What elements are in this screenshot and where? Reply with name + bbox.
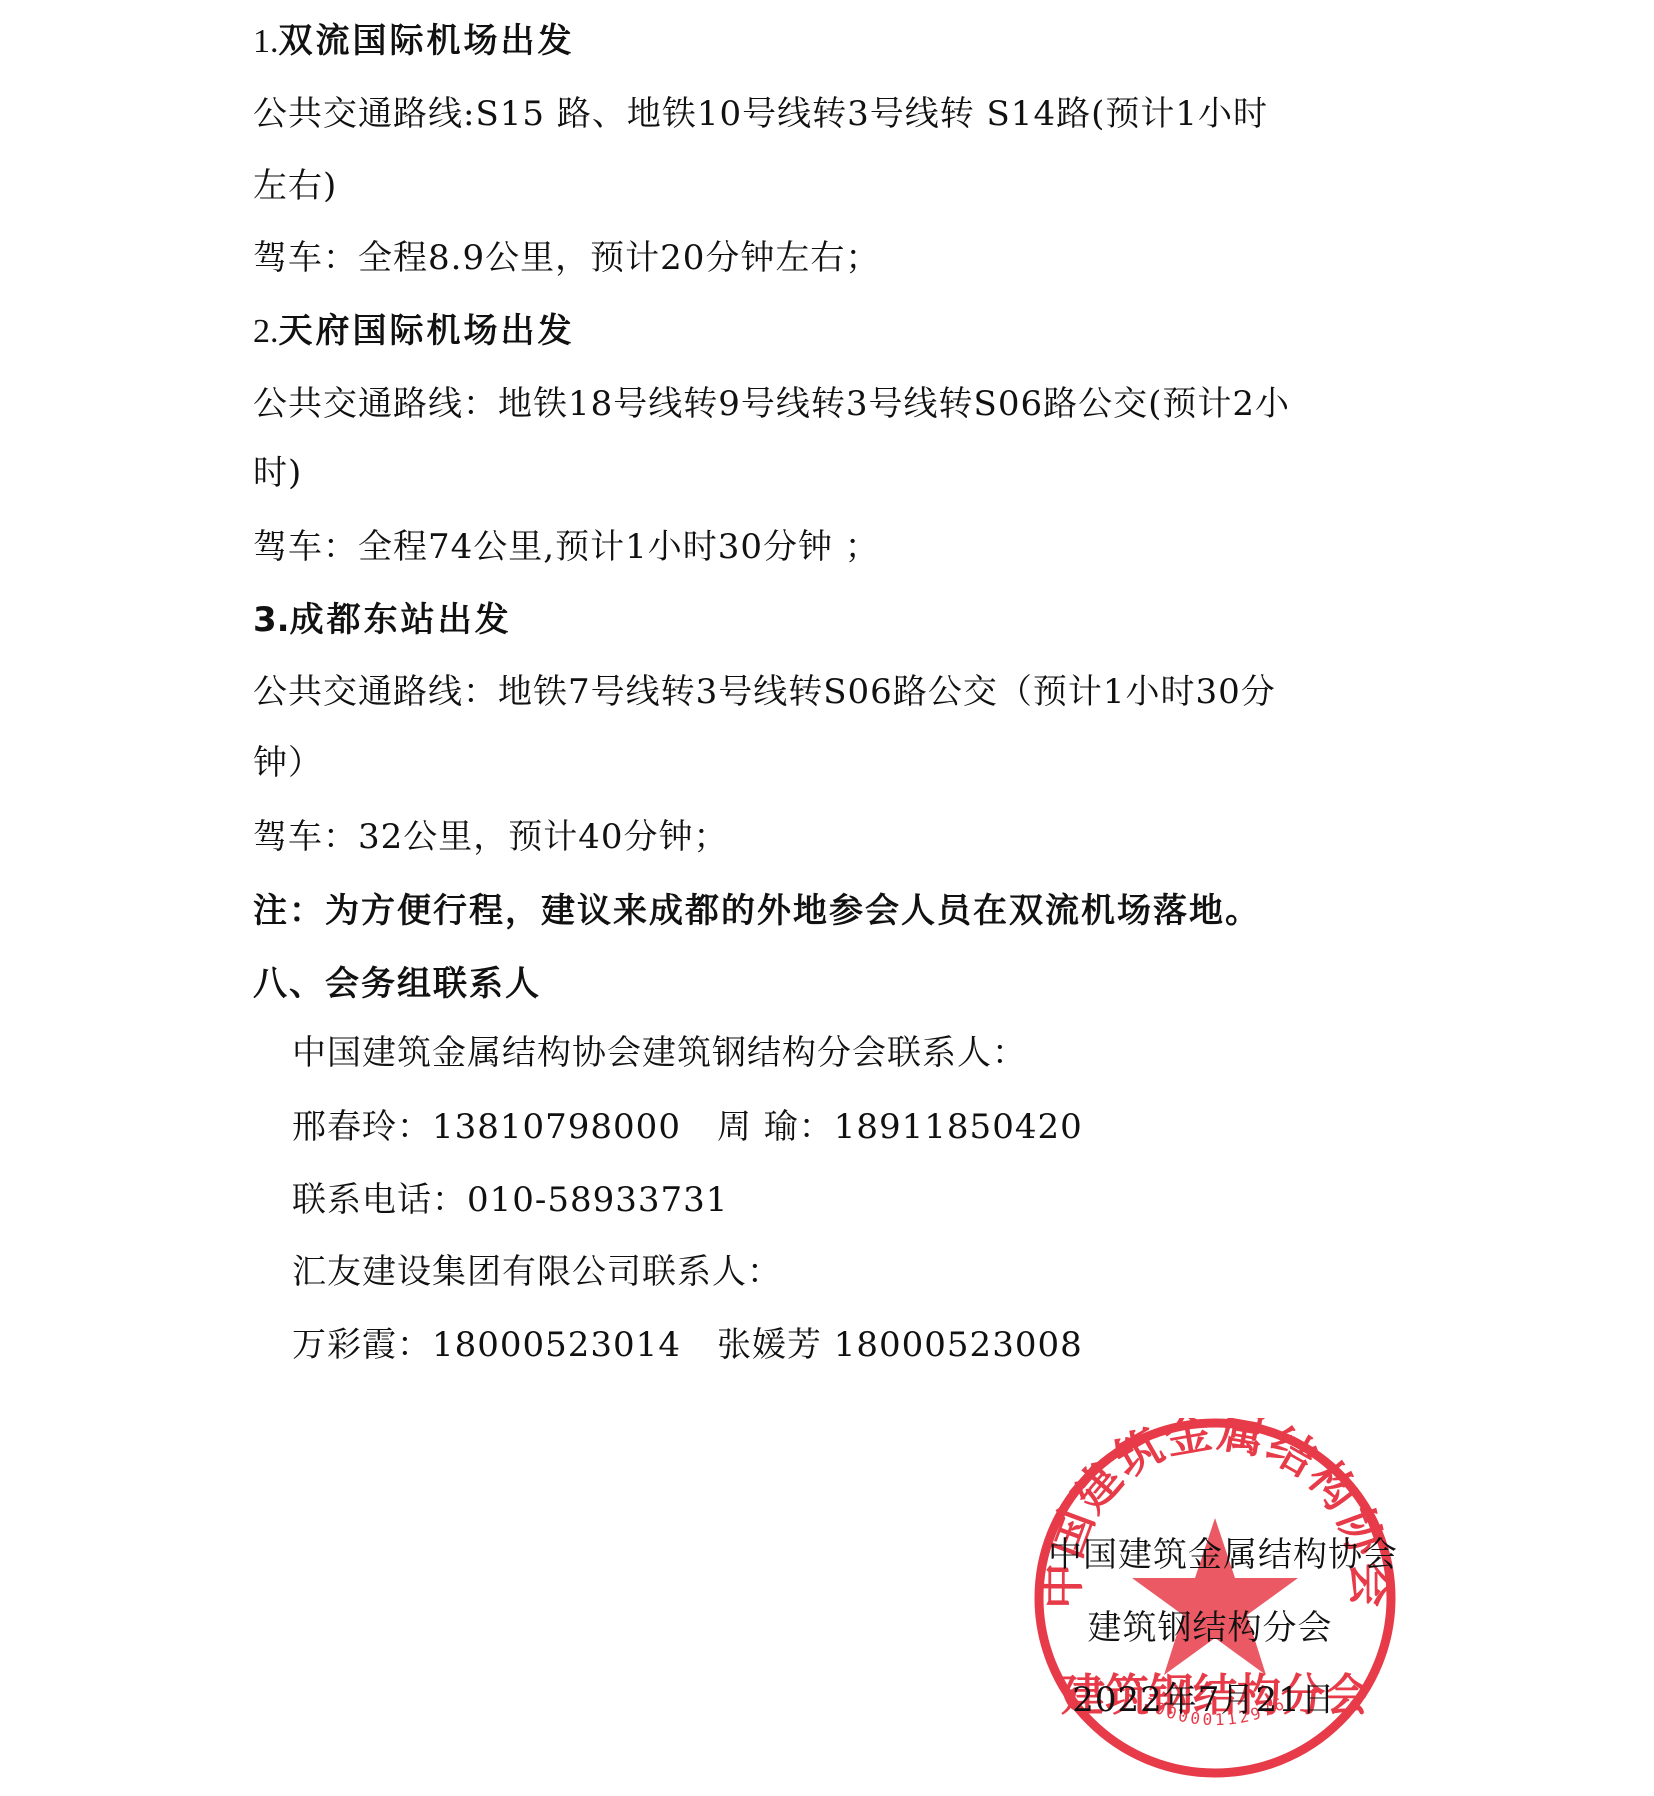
section-3-transit-line: 公共交通路线：地铁7号线转3号线转S06路公交（预计1小时30分 — [253, 667, 1276, 717]
signature-date: 2022年7月21日 — [1070, 1675, 1338, 1725]
contact-phone: 18000523014 — [432, 1325, 681, 1365]
org2-contacts-row: 万彩霞：18000523014张媛芳 18000523008 — [292, 1320, 1083, 1370]
section-title: 双流国际机场出发 — [279, 21, 575, 61]
org1-contacts-row: 邢春玲：13810798000周 瑜：18911850420 — [292, 1102, 1083, 1152]
section-2-transit-line: 公共交通路线：地铁18号线转9号线转3号线转S06路公交(预计2小 — [253, 379, 1290, 429]
org1-contacts-label: 中国建筑金属结构协会建筑钢结构分会联系人： — [292, 1028, 1027, 1078]
contacts-heading: 八、会务组联系人 — [253, 959, 541, 1009]
section-2-transit-line-cont: 时) — [253, 448, 302, 498]
contact-name: 万彩霞： — [292, 1325, 432, 1365]
section-1-transit-line-cont: 左右) — [253, 161, 337, 211]
section-3-heading: 3.成都东站出发 — [253, 595, 512, 645]
signature-org-line-1: 中国建筑金属结构协会 — [1000, 1530, 1398, 1580]
contact-name: 周 瑜： — [717, 1107, 834, 1147]
section-1-drive: 驾车：全程8.9公里，预计20分钟左右； — [253, 233, 880, 283]
section-3-transit-line-cont: 钟） — [253, 738, 323, 788]
section-title: 成都东站出发 — [290, 600, 512, 640]
section-number: 1. — [253, 23, 279, 60]
contact-phone: 18911850420 — [834, 1107, 1083, 1147]
svg-text:中国建筑金属结构协会: 中国建筑金属结构协会 — [1035, 1418, 1396, 1609]
section-number: 3. — [253, 600, 290, 640]
org1-phone: 联系电话：010-58933731 — [292, 1175, 728, 1225]
signature-org-line-2: 建筑钢结构分会 — [1065, 1603, 1355, 1653]
contact-phone: 18000523008 — [834, 1325, 1083, 1365]
section-3-drive: 驾车：32公里，预计40分钟； — [253, 812, 729, 862]
contact-name: 张媛芳 — [717, 1325, 834, 1365]
section-1-transit-line: 公共交通路线:S15 路、地铁10号线转3号线转 S14路(预计1小时 — [253, 89, 1268, 139]
org2-contacts-label: 汇友建设集团有限公司联系人： — [292, 1247, 782, 1297]
section-number: 2. — [253, 313, 279, 350]
contact-name: 邢春玲： — [292, 1107, 432, 1147]
section-1-heading: 1.双流国际机场出发 — [253, 16, 575, 66]
seal-outer-text: 中国建筑金属结构协会 — [1035, 1418, 1396, 1609]
section-2-heading: 2.天府国际机场出发 — [253, 306, 575, 356]
section-2-drive: 驾车：全程74公里,预计1小时30分钟 ； — [253, 522, 880, 572]
contact-phone: 13810798000 — [432, 1107, 681, 1147]
section-title: 天府国际机场出发 — [279, 311, 575, 351]
travel-note: 注：为方便行程，建议来成都的外地参会人员在双流机场落地。 — [253, 886, 1261, 936]
